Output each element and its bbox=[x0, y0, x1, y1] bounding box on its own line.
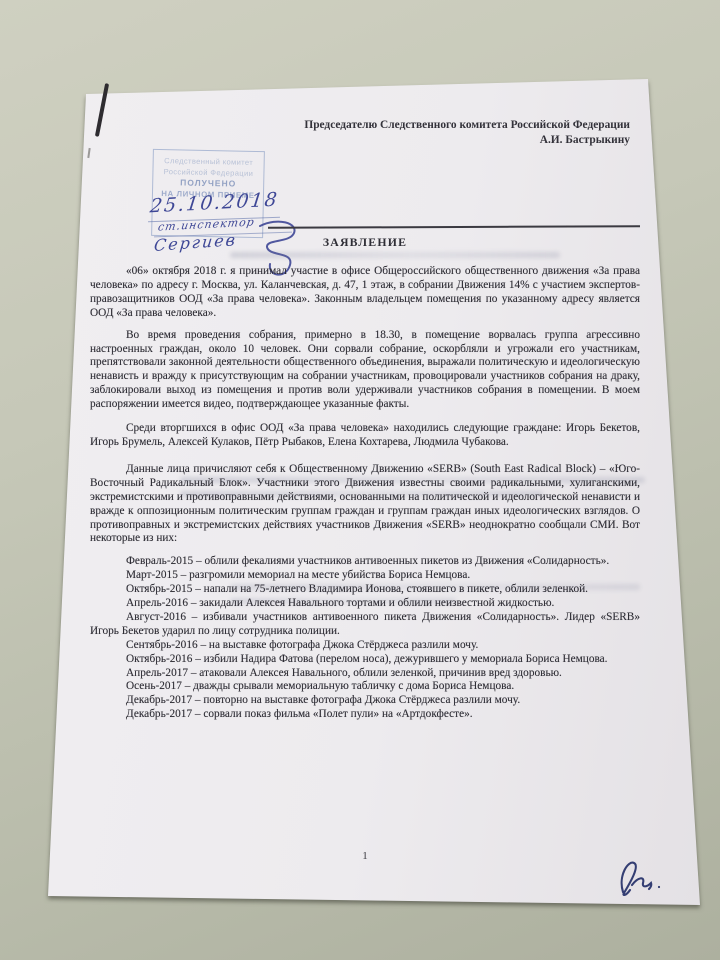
incident-item: Декабрь-2017 – сорвали показ фильма «Пол… bbox=[90, 708, 640, 722]
paragraph: Среди вторгшихся в офис ООД «За права че… bbox=[90, 422, 640, 450]
incident-list: Февраль-2015 – облили фекалиями участник… bbox=[90, 555, 640, 722]
incident-item: Сентябрь-2016 – на выставке фотографа Дж… bbox=[90, 639, 640, 653]
page-number: 1 bbox=[90, 850, 640, 862]
incident-item: Октябрь-2015 – напали на 75-летнего Влад… bbox=[90, 583, 640, 597]
incident-item: Осень-2017 – дважды срывали мемориальную… bbox=[90, 680, 640, 694]
incident-item: Март-2015 – разгромили мемориал на месте… bbox=[90, 569, 640, 583]
document-page: Председателю Следственного комитета Росс… bbox=[48, 78, 700, 906]
incident-item: Декабрь-2017 – повторно на выставке фото… bbox=[90, 694, 640, 708]
paragraph: «06» октября 2018 г. я принимал участие … bbox=[90, 265, 640, 321]
incident-item: Февраль-2015 – облили фекалиями участник… bbox=[90, 555, 640, 569]
incident-item: Октябрь-2016 – избили Надира Фатова (пер… bbox=[90, 653, 640, 667]
divider-line bbox=[268, 225, 640, 229]
recipient-name: А.И. Бастрыкину bbox=[90, 133, 630, 148]
photo-background: Председателю Следственного комитета Росс… bbox=[0, 0, 720, 960]
document-body: «06» октября 2018 г. я принимал участие … bbox=[90, 265, 640, 722]
recipient-block: Председателю Следственного комитета Росс… bbox=[90, 118, 630, 148]
incident-item: Апрель-2017 – атаковали Алексея Навально… bbox=[90, 667, 640, 681]
incident-item: Август-2016 – избивали участников антиво… bbox=[90, 611, 640, 639]
incident-item: Апрель-2016 – закидали Алексея Навальног… bbox=[90, 597, 640, 611]
paragraph: Во время проведения собрания, примерно в… bbox=[90, 329, 640, 412]
recipient-line: Председателю Следственного комитета Росс… bbox=[90, 118, 630, 133]
reviewer-initials-mark bbox=[613, 856, 663, 902]
bleed-through-text bbox=[230, 252, 560, 266]
document-title: ЗАЯВЛЕНИЕ bbox=[90, 235, 640, 250]
paragraph: Данные лица причисляют себя к Общественн… bbox=[90, 463, 640, 546]
